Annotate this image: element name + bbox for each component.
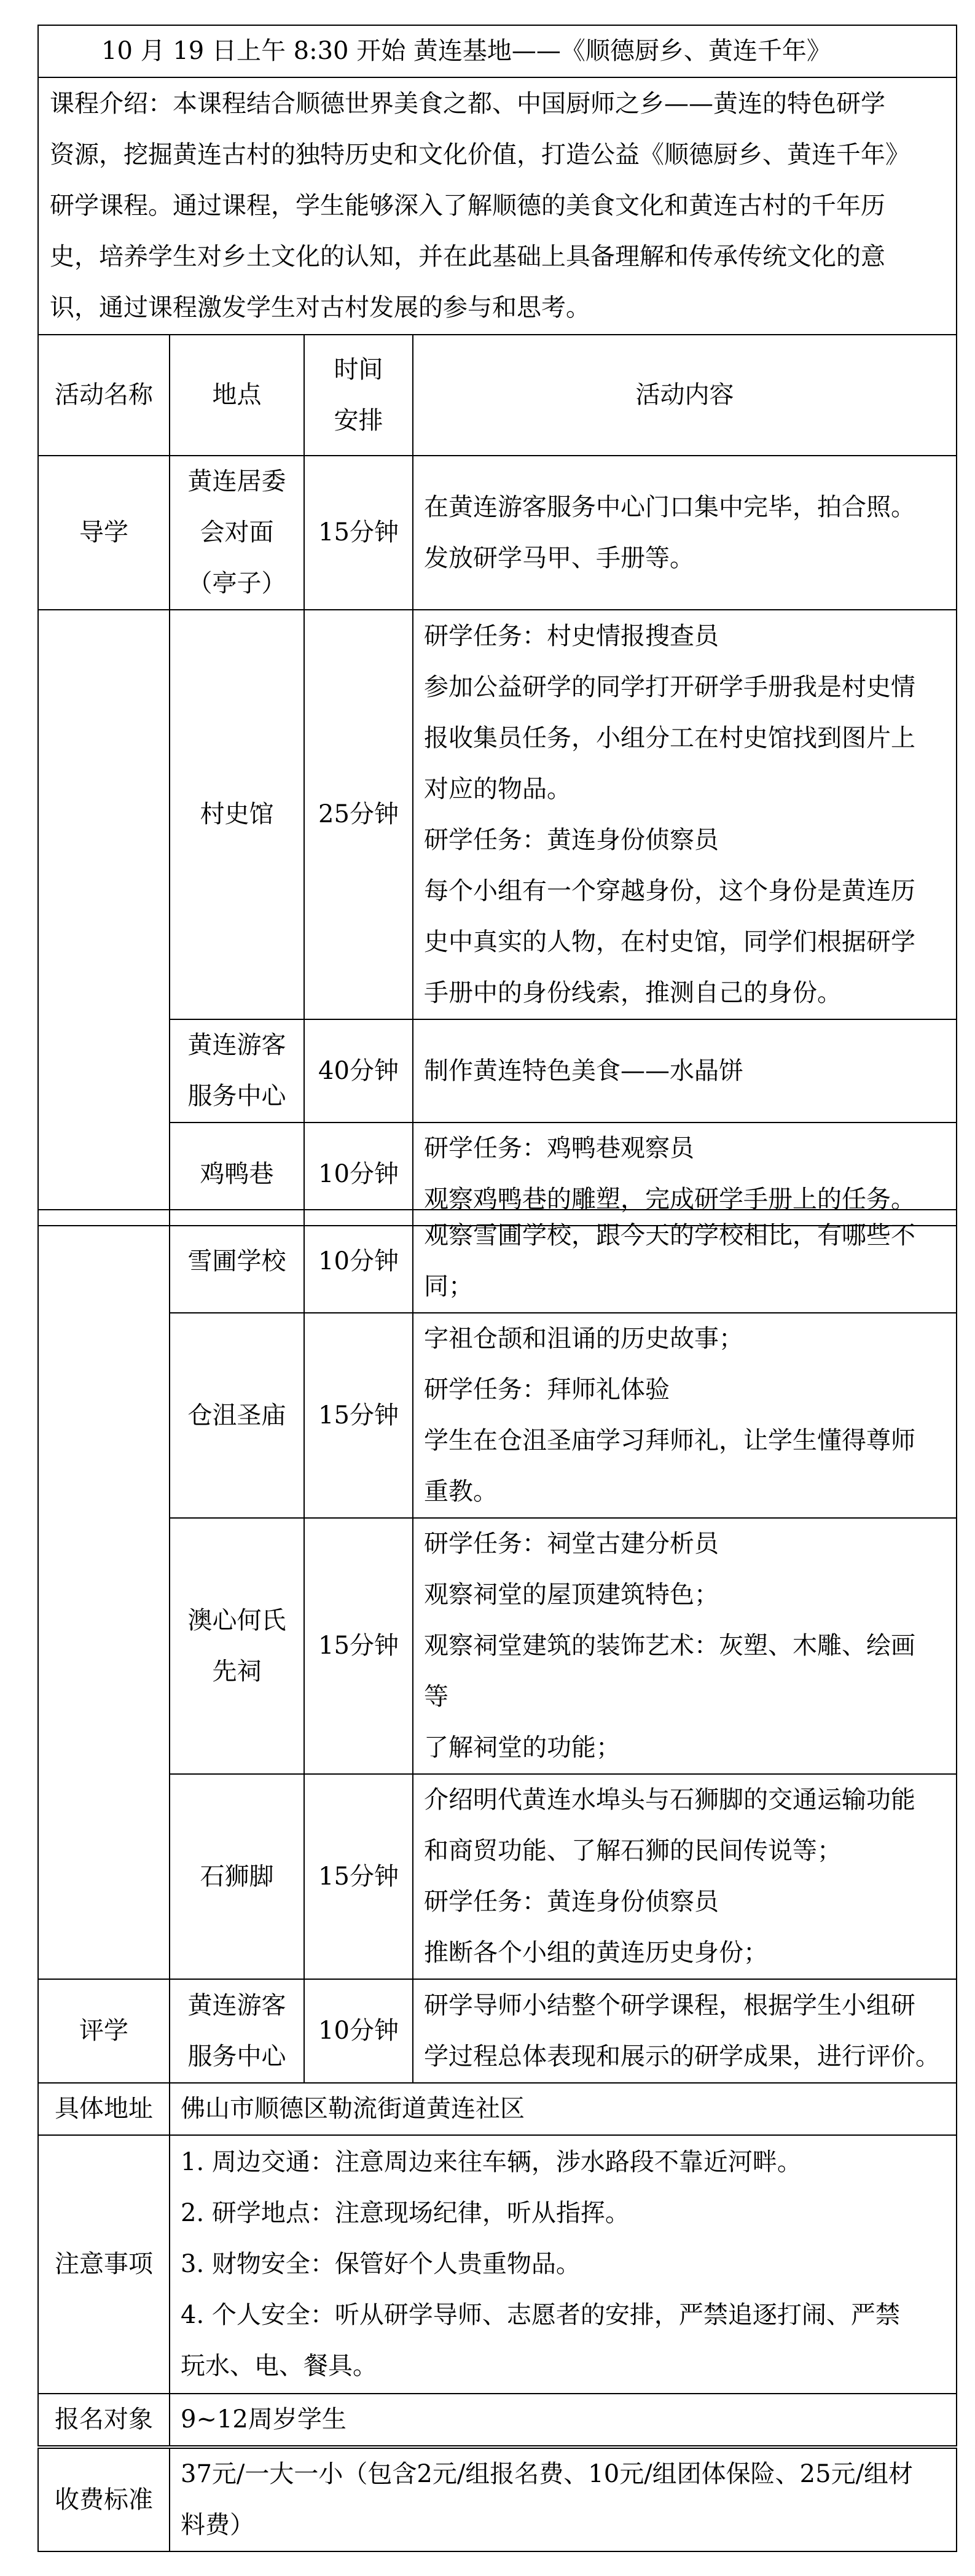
note-item: 2. 研学地点：注意现场纪律，听从指挥。 (181, 2188, 946, 2239)
location: 黄连居委 会对面 （亭子） (170, 456, 304, 610)
duration: 25分钟 (304, 610, 413, 1019)
header-time: 时间 安排 (304, 335, 413, 456)
intro-line: 史，培养学生对乡土文化的认知，并在此基础上具备理解和传承传统文化的意 (50, 232, 947, 282)
note-item: 1. 周边交通：注意周边来往车辆，涉水路段不靠近河畔。 (181, 2137, 946, 2188)
table-row-visitor-center: 黄连游客 服务中心 40分钟 制作黄连特色美食——水晶饼 (38, 1019, 957, 1123)
activity-name: 导学 (38, 456, 170, 610)
intro-line: 课程介绍：本课程结合顺德世界美食之都、中国厨师之乡——黄连的特色研学 (50, 79, 947, 130)
table-row-he-ancestral-hall: 澳心何氏 先祠 15分钟 研学任务：祠堂古建分析员 观察祠堂的屋顶建筑特色； 观… (38, 1518, 957, 1774)
location: 村史馆 (170, 610, 304, 1019)
table-row-stone-lion: 石狮脚 15分钟 介绍明代黄连水埠头与石狮脚的交通运输功能 和商贸功能、了解石狮… (38, 1774, 957, 1979)
table-row-review: 评学 黄连游客 服务中心 10分钟 研学导师小结整个研学课程，根据学生小组研 学… (38, 1979, 957, 2083)
table-row-xuepu-school: 雪圃学校 10分钟 观察雪圃学校，跟今天的学校相比，有哪些不 同； (38, 1210, 957, 1313)
note-item: 3. 财物安全：保管好个人贵重物品。 (181, 2239, 946, 2290)
location: 雪圃学校 (170, 1210, 304, 1313)
header-activity-name: 活动名称 (38, 335, 170, 456)
table-row-cangju-temple: 仓沮圣庙 15分钟 字祖仓颉和沮诵的历史故事； 研学任务：拜师礼体验 学生在仓沮… (38, 1313, 957, 1518)
duration: 10分钟 (304, 1210, 413, 1313)
location: 黄连游客 服务中心 (170, 1019, 304, 1123)
table-row-notes: 注意事项 1. 周边交通：注意周边来往车辆，涉水路段不靠近河畔。 2. 研学地点… (38, 2135, 957, 2394)
location: 石狮脚 (170, 1774, 304, 1979)
intro-line: 研学课程。通过课程，学生能够深入了解顺德的美食文化和黄连古村的千年历 (50, 181, 947, 232)
intro-line: 识，通过课程激发学生对古村发展的参与和思考。 (50, 282, 947, 333)
activity-content: 研学任务：祠堂古建分析员 观察祠堂的屋顶建筑特色； 观察祠堂建筑的装饰艺术：灰塑… (413, 1518, 957, 1774)
header-content: 活动内容 (413, 335, 957, 456)
duration: 15分钟 (304, 456, 413, 610)
activity-content: 制作黄连特色美食——水晶饼 (413, 1019, 957, 1123)
course-intro: 课程介绍：本课程结合顺德世界美食之都、中国厨师之乡——黄连的特色研学 资源，挖掘… (38, 77, 957, 335)
table-row-village-museum: 村史馆 25分钟 研学任务：村史情报搜查员 参加公益研学的同学打开研学手册我是村… (38, 610, 957, 1019)
note-item: 4. 个人安全：听从研学导师、志愿者的安排，严禁追逐打闹、严禁 (181, 2290, 946, 2341)
schedule-table-part2: 雪圃学校 10分钟 观察雪圃学校，跟今天的学校相比，有哪些不 同； 仓沮圣庙 1… (37, 1209, 957, 2446)
activity-name-empty (38, 1210, 170, 1979)
address-label: 具体地址 (38, 2083, 170, 2135)
schedule-table-part1: 10 月 19 日上午 8:30 开始 黄连基地——《顺德厨乡、黄连千年》 课程… (37, 25, 957, 1226)
notes-list: 1. 周边交通：注意周边来往车辆，涉水路段不靠近河畔。 2. 研学地点：注意现场… (170, 2135, 957, 2394)
fees-table: 收费标准 37元/一大一小（包含2元/组报名费、10元/组团体保险、25元/组材… (37, 2448, 957, 2552)
note-item: 玩水、电、餐具。 (181, 2341, 946, 2392)
table-row-address: 具体地址 佛山市顺德区勒流街道黄连社区 (38, 2083, 957, 2135)
location: 澳心何氏 先祠 (170, 1518, 304, 1774)
notes-label: 注意事项 (38, 2135, 170, 2394)
activity-name: 评学 (38, 1979, 170, 2083)
activity-content: 字祖仓颉和沮诵的历史故事； 研学任务：拜师礼体验 学生在仓沮圣庙学习拜师礼，让学… (413, 1313, 957, 1518)
activity-content: 研学任务：村史情报搜查员 参加公益研学的同学打开研学手册我是村史情 报收集员任务… (413, 610, 957, 1019)
duration: 15分钟 (304, 1313, 413, 1518)
duration: 15分钟 (304, 1774, 413, 1979)
table-row-guide: 导学 黄连居委 会对面 （亭子） 15分钟 在黄连游客服务中心门口集中完毕，拍合… (38, 456, 957, 610)
table-header-row: 活动名称 地点 时间 安排 活动内容 (38, 335, 957, 456)
eligibility-value: 9~12周岁学生 (170, 2394, 957, 2446)
intro-line: 资源，挖掘黄连古村的独特历史和文化价值，打造公益《顺德厨乡、黄连千年》 (50, 130, 947, 181)
location: 黄连游客 服务中心 (170, 1979, 304, 2083)
duration: 15分钟 (304, 1518, 413, 1774)
activity-content: 研学导师小结整个研学课程，根据学生小组研 学过程总体表现和展示的研学成果，进行评… (413, 1979, 957, 2083)
header-location: 地点 (170, 335, 304, 456)
eligibility-label: 报名对象 (38, 2394, 170, 2446)
activity-content: 介绍明代黄连水埠头与石狮脚的交通运输功能 和商贸功能、了解石狮的民间传说等； 研… (413, 1774, 957, 1979)
table-row-fees: 收费标准 37元/一大一小（包含2元/组报名费、10元/组团体保险、25元/组材… (38, 2448, 957, 2551)
page-title: 10 月 19 日上午 8:30 开始 黄连基地——《顺德厨乡、黄连千年》 (38, 25, 957, 77)
duration: 10分钟 (304, 1979, 413, 2083)
table-row-eligibility: 报名对象 9~12周岁学生 (38, 2394, 957, 2446)
location: 仓沮圣庙 (170, 1313, 304, 1518)
activity-name-empty (38, 610, 170, 1226)
address-value: 佛山市顺德区勒流街道黄连社区 (170, 2083, 957, 2135)
fees-value: 37元/一大一小（包含2元/组报名费、10元/组团体保险、25元/组材 料费） (170, 2448, 957, 2551)
activity-content: 在黄连游客服务中心门口集中完毕，拍合照。 发放研学马甲、手册等。 (413, 456, 957, 610)
activity-content: 观察雪圃学校，跟今天的学校相比，有哪些不 同； (413, 1210, 957, 1313)
duration: 40分钟 (304, 1019, 413, 1123)
fees-label: 收费标准 (38, 2448, 170, 2551)
